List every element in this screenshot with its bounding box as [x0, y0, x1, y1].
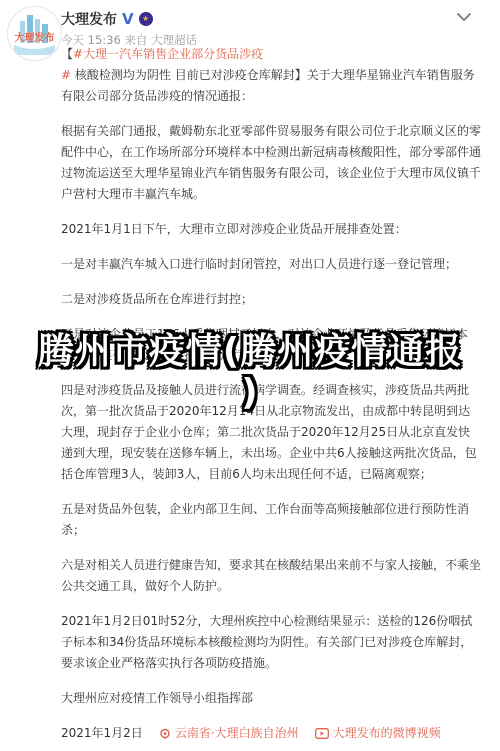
topic-link[interactable]: #	[61, 68, 71, 82]
video-camera-icon	[315, 728, 329, 739]
content-paragraph: 六是对相关人员进行健康告知，要求其在核酸结果出来前不与家人接触，不乘坐公共交通工…	[61, 555, 482, 597]
official-badge-icon: ★	[139, 12, 153, 26]
weibo-post-card: 大理发布 大理发布 V ★ 今天 15:36 来自 大理超话 【#大理一汽车销售…	[0, 0, 500, 751]
text-run: 2021年1月2日01时52分，大理州疾控中心检测结果显示：送检的126份咽拭子…	[61, 614, 472, 670]
text-run: 大理州应对疫情工作领导小组指挥部	[61, 691, 253, 705]
location-text: 云南省·大理白族自治州	[175, 723, 299, 744]
author-row: 大理发布 V ★	[61, 9, 153, 29]
text-run: 一是对丰赢汽车城入口进行临时封闭管控，对出口人员进行逐一登记管理；	[61, 257, 457, 271]
content-paragraph: 2021年1月2日01时52分，大理州疾控中心检测结果显示：送检的126份咽拭子…	[61, 611, 482, 674]
text-run: 六是对相关人员进行健康告知，要求其在核酸结果出来前不与家人接触，不乘坐公共交通工…	[61, 558, 481, 593]
watermark-title: 腾州市疫情(腾州疫情通报 )	[0, 331, 500, 413]
author-name[interactable]: 大理发布	[61, 9, 117, 29]
video-link[interactable]: 大理发布的微博视频	[315, 723, 441, 744]
text-run: 【	[61, 47, 73, 61]
location-pin-icon	[159, 728, 171, 740]
text-run: 根据有关部门通报，戴姆勒东北亚零部件贸易服务有限公司位于北京顺义区的零配件中心，…	[61, 124, 481, 201]
watermark-title-line2: )	[0, 372, 500, 413]
content-paragraph: 大理州应对疫情工作领导小组指挥部	[61, 688, 482, 709]
avatar[interactable]: 大理发布	[7, 6, 62, 61]
text-run: 2021年1月1日下午，大理市立即对涉疫企业货品开展排查处置：	[61, 222, 407, 236]
verified-v-icon: V	[122, 12, 134, 27]
topic-link[interactable]: #大理一汽车销售企业部分货品涉疫	[73, 47, 263, 61]
content-paragraph: 一是对丰赢汽车城入口进行临时封闭管控，对出口人员进行逐一登记管理；	[61, 254, 482, 275]
post-footer: 2021年1月2日云南省·大理白族自治州大理发布的微博视频	[61, 723, 482, 744]
post-date: 2021年1月2日	[61, 723, 143, 744]
text-run: 五是对货品外包装，企业内部卫生间、工作台面等高频接触部位进行预防性消杀；	[61, 502, 469, 537]
avatar-label: 大理发布	[8, 33, 61, 44]
content-paragraph: 二是对涉疫货品所在仓库进行封控；	[61, 289, 482, 310]
content-paragraph: 五是对货品外包装，企业内部卫生间、工作台面等高频接触部位进行预防性消杀；	[61, 499, 482, 541]
content-paragraph: 2021年1月1日下午，大理市立即对涉疫企业货品开展排查处置：	[61, 219, 482, 240]
content-paragraph: # 核酸检测均为阴性 目前已对涉疫仓库解封】关于大理华星锦业汽车销售服务有限公司…	[61, 65, 482, 107]
content-paragraph: 根据有关部门通报，戴姆勒东北亚零部件贸易服务有限公司位于北京顺义区的零配件中心，…	[61, 121, 482, 205]
watermark-title-line1: 腾州市疫情(腾州疫情通报	[0, 331, 500, 372]
text-run: 二是对涉疫货品所在仓库进行封控；	[61, 292, 253, 306]
chevron-down-icon[interactable]	[456, 8, 472, 20]
location-link[interactable]: 云南省·大理白族自治州	[159, 723, 299, 744]
video-text: 大理发布的微博视频	[333, 723, 441, 744]
content-paragraph: 【#大理一汽车销售企业部分货品涉疫	[61, 44, 482, 65]
text-run: 核酸检测均为阴性 目前已对涉疫仓库解封】关于大理华星锦业汽车销售服务有限公司部分…	[61, 68, 475, 103]
